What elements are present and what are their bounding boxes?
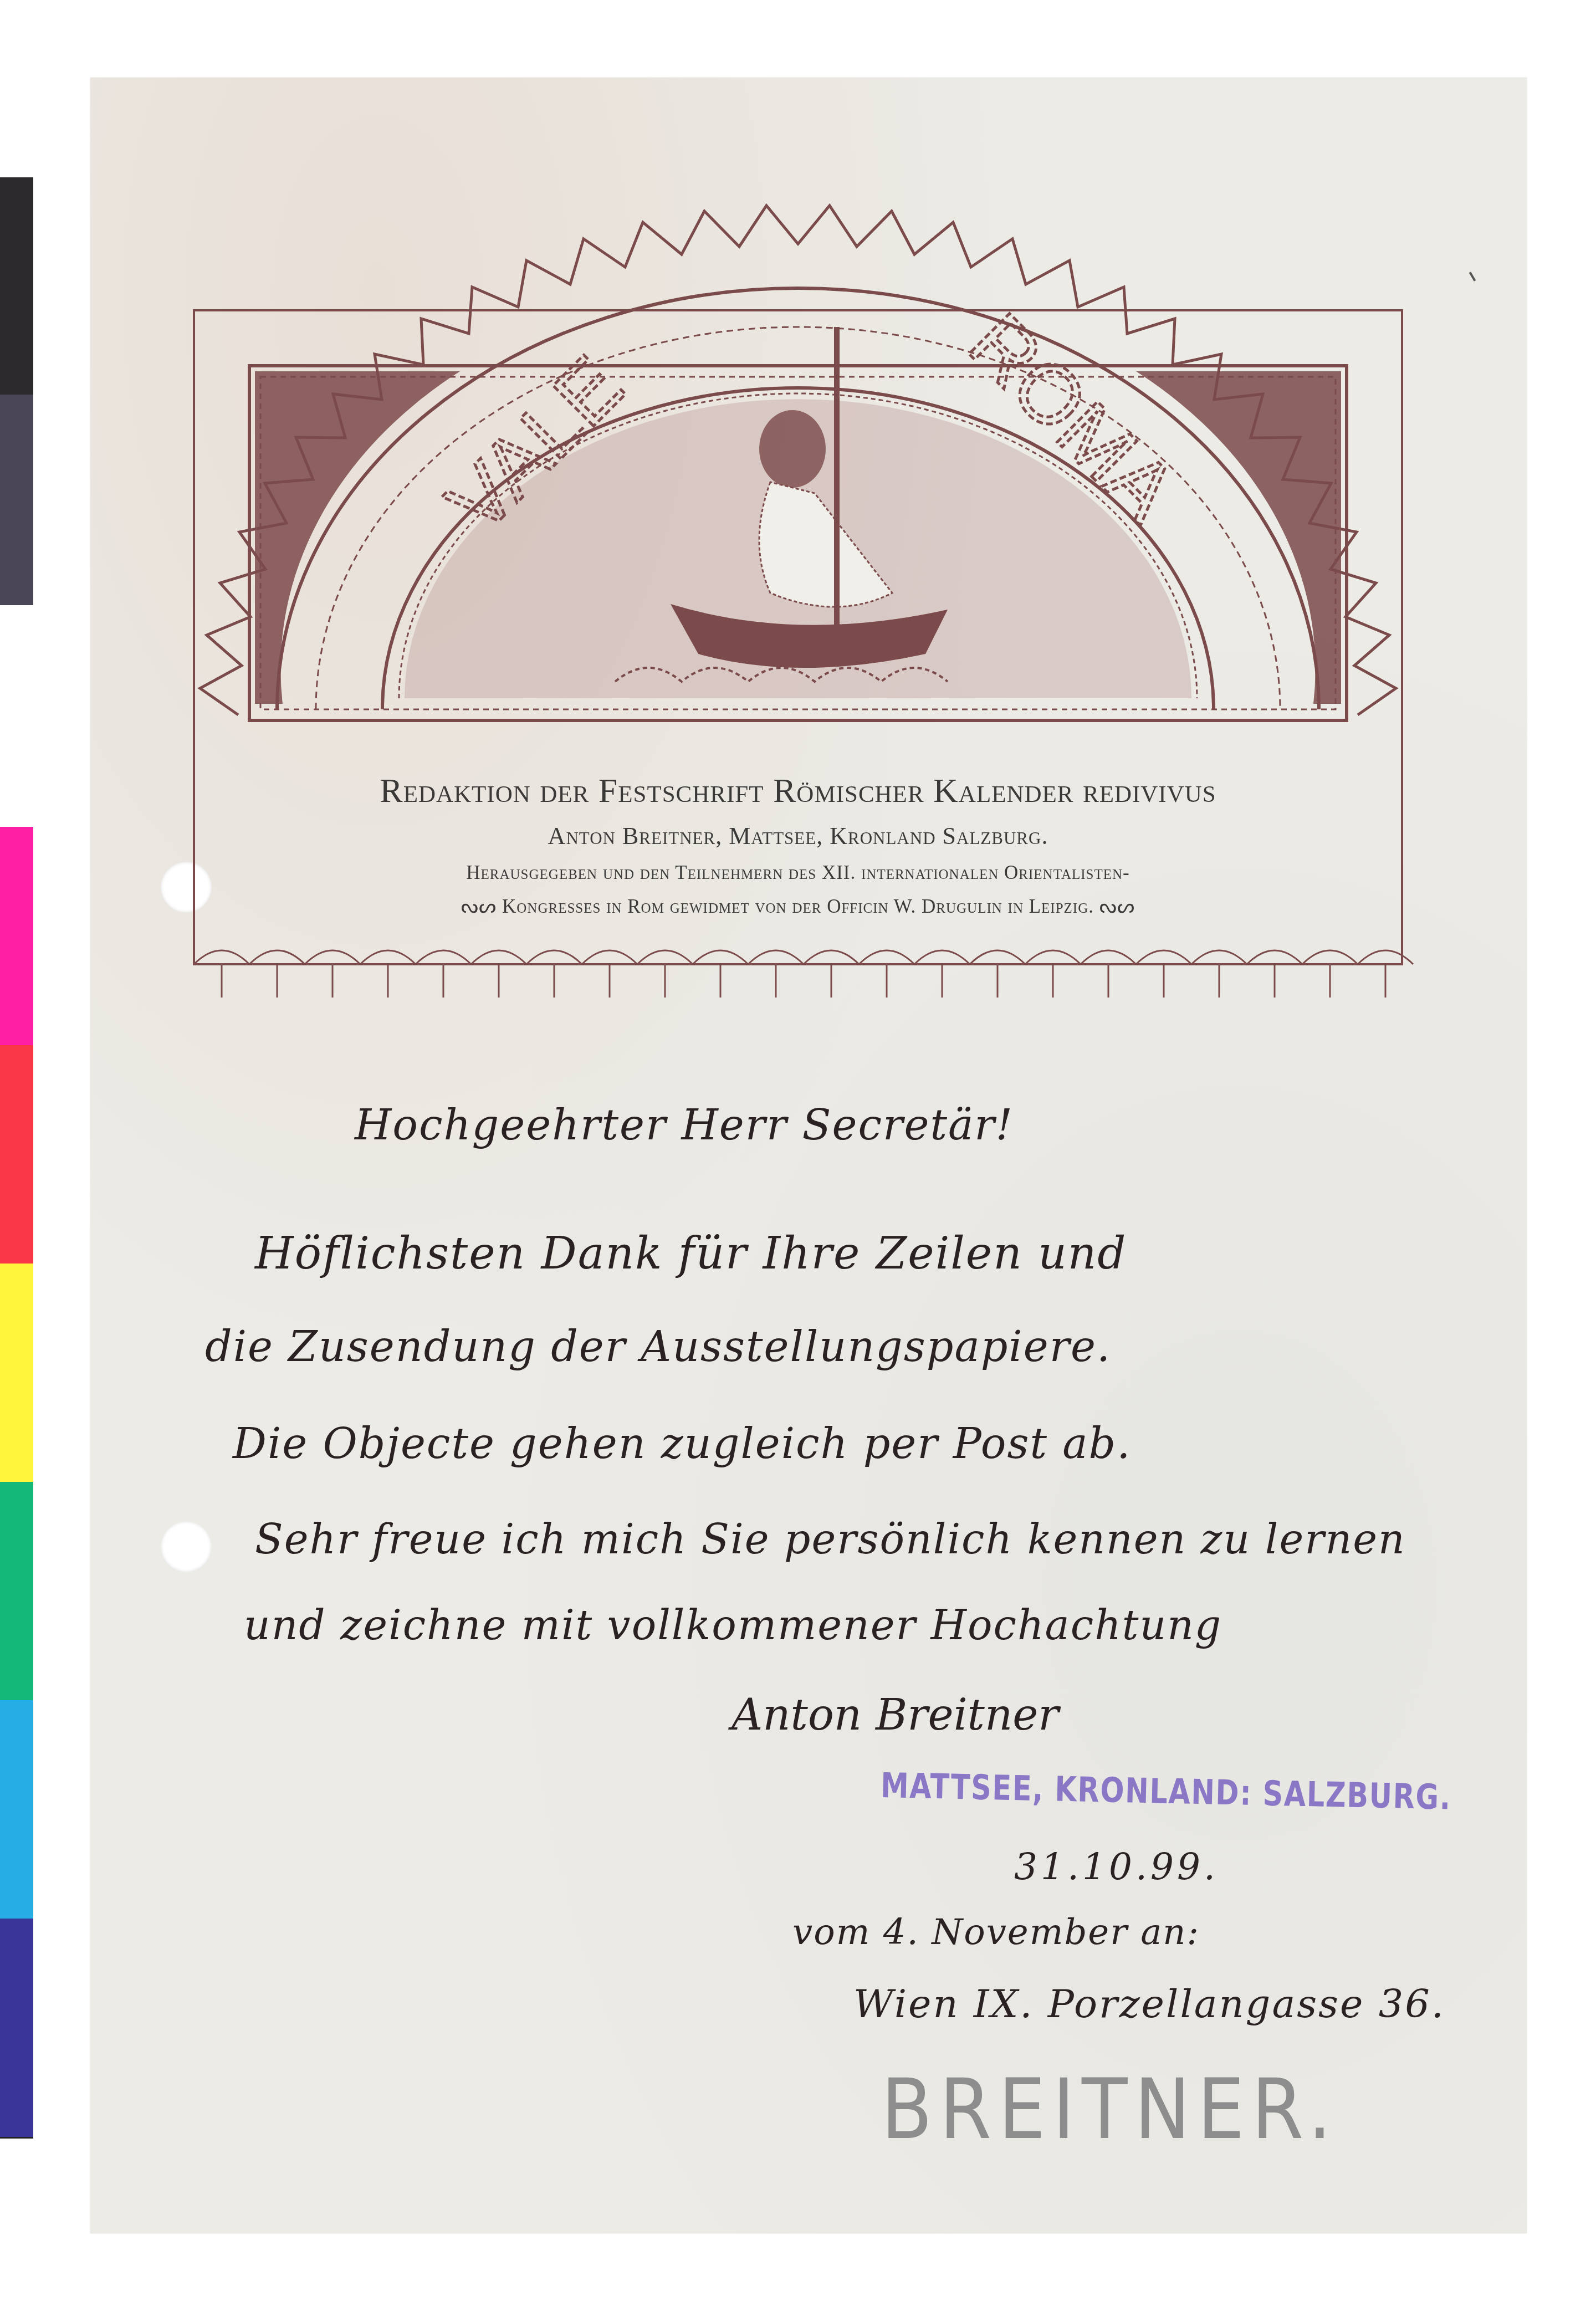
letterhead-dedication-line2: ᔓᔕ Kongresses in Rom gewidmet von der Of…: [244, 896, 1352, 918]
punch-hole: [161, 1521, 212, 1572]
letterhead-title: Redaktion der Festschrift Römischer Kale…: [244, 771, 1352, 811]
ornament-icon: ᔓᔕ: [1099, 896, 1135, 917]
letter-body-line: Höflichsten Dank für Ihre Zeilen und: [255, 1227, 1127, 1279]
color-patch-magenta: [0, 827, 33, 1047]
signature: Anton Breitner: [731, 1690, 1059, 1740]
new-address-notice: vom 4. November an:: [792, 1912, 1200, 1953]
ornament-icon: ᔓᔕ: [461, 896, 497, 917]
letterhead-dedication-text: Kongresses in Rom gewidmet von der Offic…: [502, 896, 1094, 917]
color-patch-cyan: [0, 1700, 33, 1920]
color-patch-yellow: [0, 1264, 33, 1484]
letterhead-dedication-line1: Herausgegeben und den Teilnehmern des XI…: [244, 862, 1352, 884]
letter-body-line: die Zusendung der Ausstellungspapiere.: [205, 1322, 1111, 1371]
color-patch-red: [0, 1045, 33, 1265]
color-calibration-strip: [0, 0, 34, 2312]
letter-greeting: Hochgeehrter Herr Secretär!: [355, 1100, 1014, 1149]
letter-body-line: Die Objecte gehen zugleich per Post ab.: [233, 1419, 1131, 1468]
letter-body-line: Sehr freue ich mich Sie persönlich kenne…: [255, 1516, 1406, 1563]
new-address: Wien IX. Porzellangasse 36.: [853, 1981, 1445, 2027]
letter-date: 31.10.99.: [1014, 1845, 1219, 1888]
color-patch-grey: [0, 395, 33, 607]
color-patch-green: [0, 1482, 33, 1702]
letter-body-line: und zeichne mit vollkommener Hochachtung: [244, 1602, 1222, 1649]
color-patch-white: [0, 605, 33, 827]
color-patch-black: [0, 177, 33, 396]
letterhead-address: Anton Breitner, Mattsee, Kronland Salzbu…: [244, 822, 1352, 850]
color-patch-blue: [0, 1919, 33, 2139]
pencil-annotation: BREITNER.: [881, 2062, 1339, 2158]
